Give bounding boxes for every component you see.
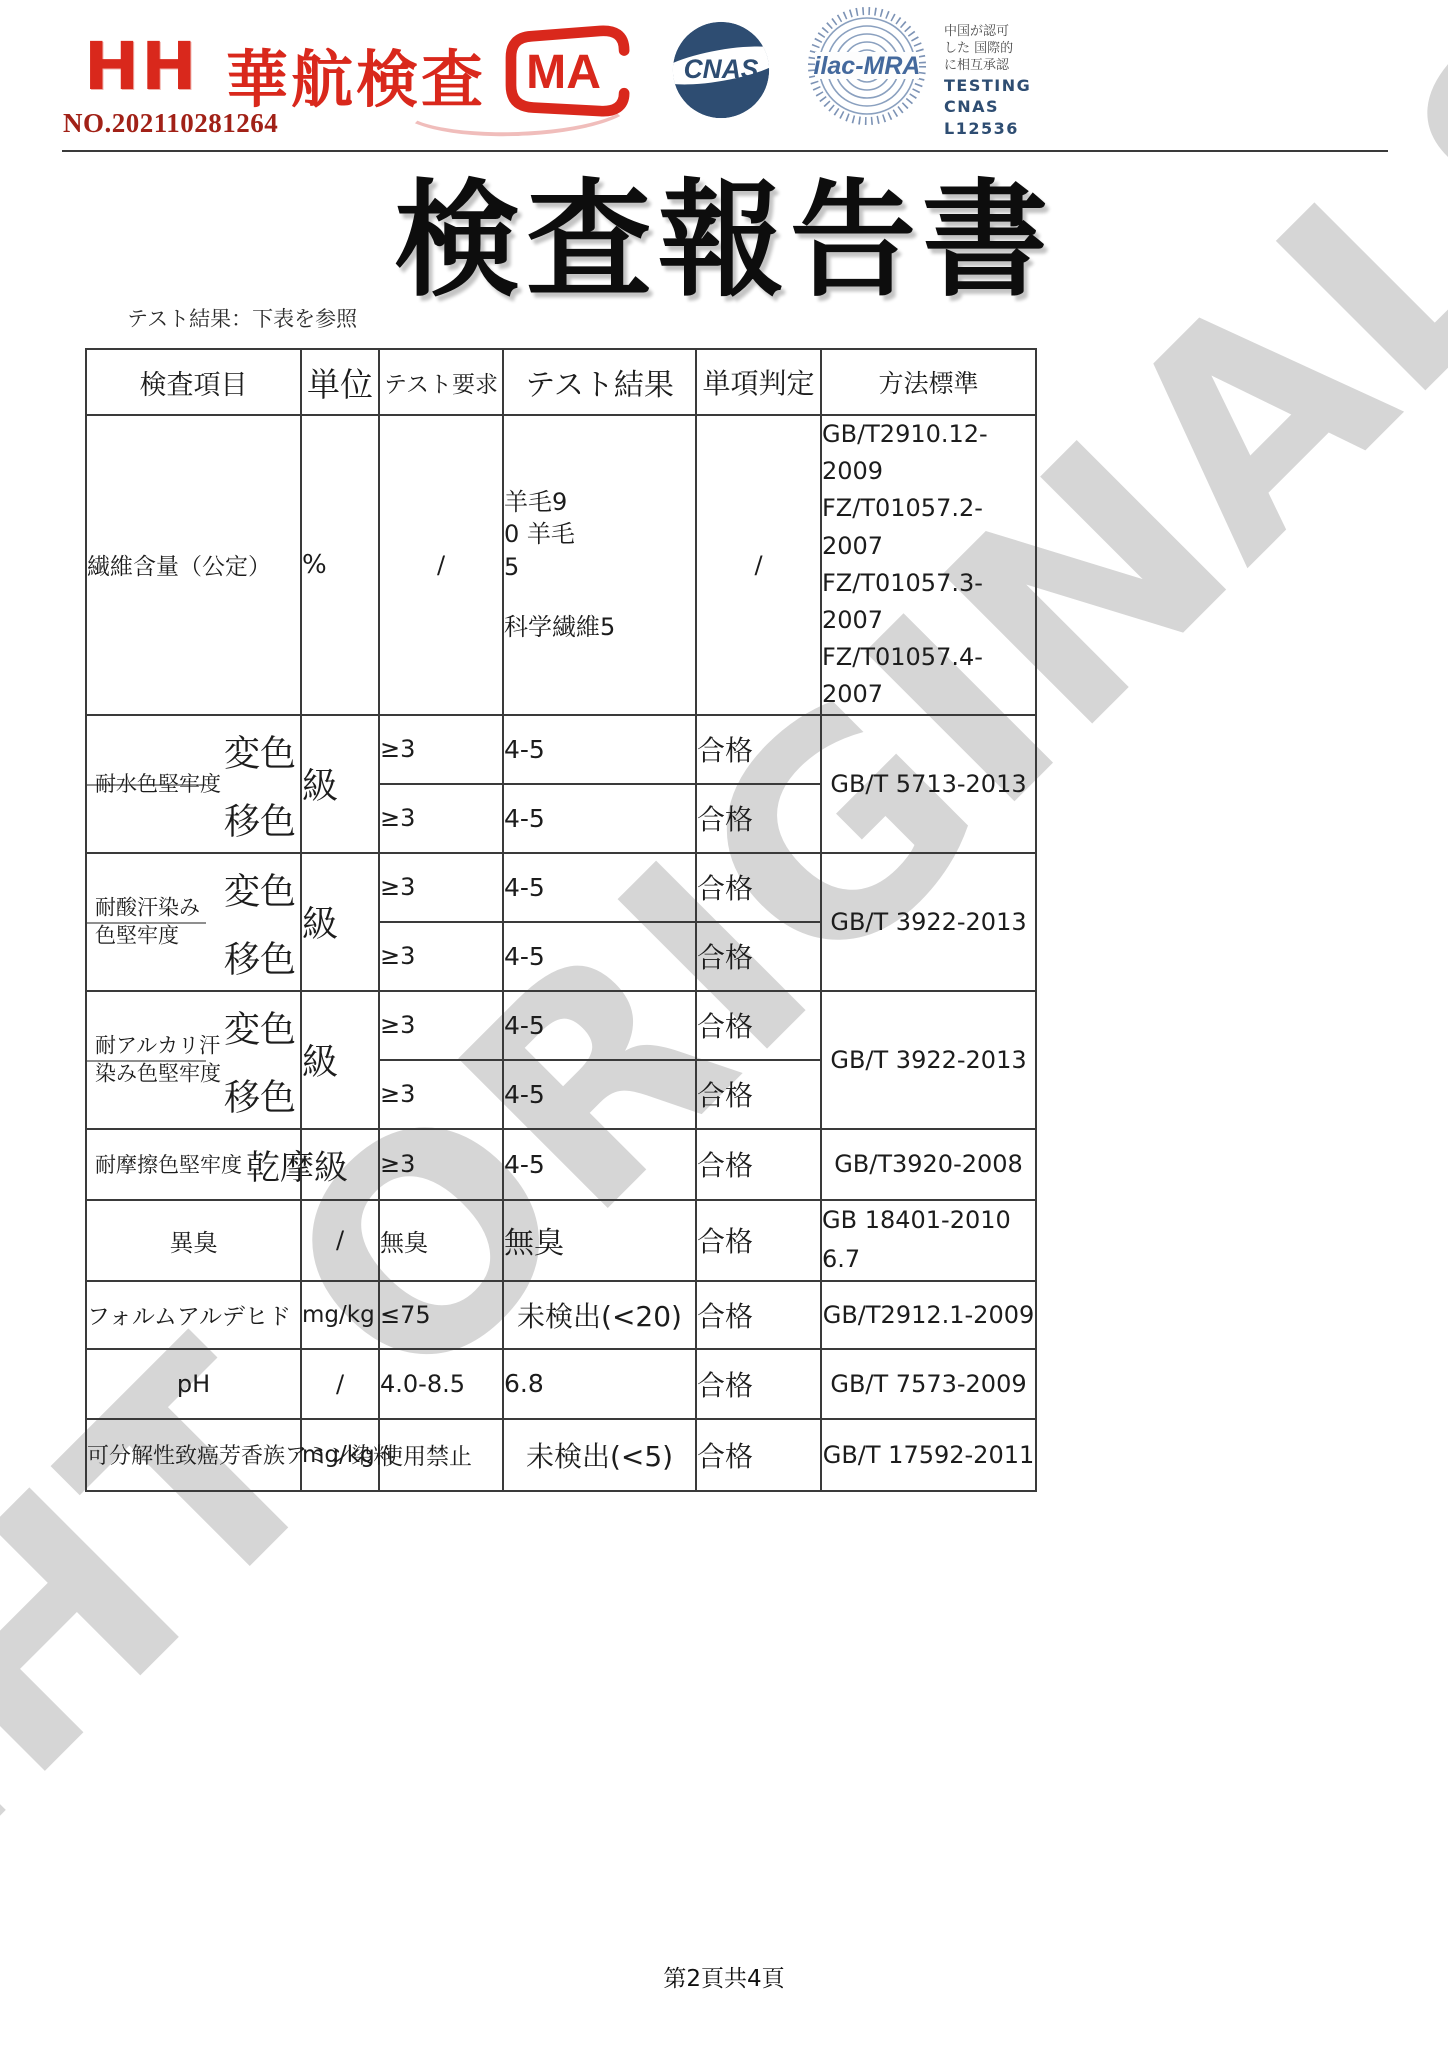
alkali-result-1: 4-5 — [503, 991, 696, 1060]
odor-unit: / — [301, 1200, 379, 1281]
rubbing-judgment: 合格 — [696, 1129, 821, 1200]
accreditation-cnas: CNAS — [944, 97, 1031, 118]
accreditation-cert-no: L12536 — [944, 119, 1031, 140]
fiber-result-line: 科学繊維5 — [504, 611, 695, 643]
cnas-logo-text: CNAS — [684, 54, 759, 84]
acid-sub-stain: 移色 — [224, 931, 296, 982]
accreditation-block: 中国が認可 した 国際的 に相互承認 TESTING CNAS L12536 — [944, 24, 1031, 140]
water-unit: 級 — [301, 715, 379, 853]
water-fastness-item: 耐水色堅牢度 変色 移色 — [86, 715, 301, 853]
alkali-judgment-2: 合格 — [696, 1060, 821, 1129]
acid-fastness-item: 耐酸汗染み 色堅牢度 変色 移色 — [86, 853, 301, 991]
ilac-mra-stamp-icon: ilac-MRA — [806, 6, 928, 126]
formaldehyde-req: ≤75 — [379, 1281, 503, 1349]
fiber-method-line: FZ/T01057.2-2007 — [822, 490, 1035, 564]
col-header-item: 検査項目 — [86, 349, 301, 415]
acid-judgment-1: 合格 — [696, 853, 821, 922]
page-number: 第2頁共4頁 — [0, 1960, 1448, 1993]
fiber-result: 羊毛9 0 羊毛 5 科学繊維5 — [503, 415, 696, 715]
report-page: HHT ORIGINALS HH 華航検査 MA CNAS — [0, 0, 1448, 2048]
acid-req-1: ≥3 — [379, 853, 503, 922]
row-rubbing-fastness: 耐摩擦色堅牢度 乾摩級 ≥3 4-5 合格 GB/T3920-2008 — [86, 1129, 1036, 1200]
acid-result-1: 4-5 — [503, 853, 696, 922]
row-alkali-fastness-change: 耐アルカリ汗 染み色堅牢度 変色 移色 級 ≥3 4-5 合格 GB/T 392… — [86, 991, 1036, 1060]
formaldehyde-item: フォルムアルデヒド — [86, 1281, 301, 1349]
amine-method: GB/T 17592-2011 — [821, 1419, 1036, 1491]
page-content: HH 華航検査 MA CNAS ilac-MRA — [0, 0, 1448, 2048]
alkali-fastness-name: 耐アルカリ汗 染み色堅牢度 — [95, 1031, 221, 1088]
fiber-method-line: GB/T2910.12-2009 — [822, 416, 1035, 490]
amine-req: 使用禁止 — [379, 1419, 503, 1491]
ph-judgment: 合格 — [696, 1349, 821, 1419]
fiber-method-line: FZ/T01057.3-2007 — [822, 565, 1035, 639]
header-divider — [62, 150, 1388, 152]
odor-result: 無臭 — [503, 1200, 696, 1281]
ilac-mra-text: ilac-MRA — [814, 52, 921, 80]
row-ph: pH / 4.0-8.5 6.8 合格 GB/T 7573-2009 — [86, 1349, 1036, 1419]
fiber-requirement: / — [379, 415, 503, 715]
water-req-2: ≥3 — [379, 784, 503, 853]
ph-item: pH — [86, 1349, 301, 1419]
formaldehyde-unit: mg/kg — [301, 1281, 379, 1349]
water-judgment-1: 合格 — [696, 715, 821, 784]
odor-item: 異臭 — [86, 1200, 301, 1281]
accreditation-line: した 国際的 — [944, 41, 1031, 58]
ph-req: 4.0-8.5 — [379, 1349, 503, 1419]
row-odor: 異臭 / 無臭 無臭 合格 GB 18401-2010 6.7 — [86, 1200, 1036, 1281]
alkali-fastness-item: 耐アルカリ汗 染み色堅牢度 変色 移色 — [86, 991, 301, 1129]
fiber-item: 繊維含量（公定） — [86, 415, 301, 715]
cnas-logo-icon: CNAS — [652, 20, 790, 120]
col-header-unit: 単位 — [301, 349, 379, 415]
formaldehyde-method: GB/T2912.1-2009 — [821, 1281, 1036, 1349]
fiber-result-line: 0 羊毛 — [504, 518, 695, 550]
acid-fastness-name: 耐酸汗染み 色堅牢度 — [95, 893, 200, 950]
fiber-method-line: FZ/T01057.4-2007 — [822, 639, 1035, 713]
formaldehyde-judgment: 合格 — [696, 1281, 821, 1349]
acid-judgment-2: 合格 — [696, 922, 821, 991]
fiber-unit: % — [301, 415, 379, 715]
amine-unit: mg/kg — [301, 1419, 379, 1491]
row-fiber-content: 繊維含量（公定） % / 羊毛9 0 羊毛 5 科学繊維5 / GB/T2910… — [86, 415, 1036, 715]
odor-method-line: 6.7 — [822, 1240, 1035, 1280]
row-formaldehyde: フォルムアルデヒド mg/kg ≤75 未検出(<20) 合格 GB/T2912… — [86, 1281, 1036, 1349]
ph-result: 6.8 — [503, 1349, 696, 1419]
acid-req-2: ≥3 — [379, 922, 503, 991]
ph-unit: / — [301, 1349, 379, 1419]
accreditation-testing: TESTING — [944, 76, 1031, 97]
water-sub-stain: 移色 — [224, 793, 296, 844]
amine-result: 未検出(<5) — [503, 1419, 696, 1491]
col-header-requirement: テスト要求 — [379, 349, 503, 415]
water-result-2: 4-5 — [503, 784, 696, 853]
rubbing-method: GB/T3920-2008 — [821, 1129, 1036, 1200]
fiber-result-line: 羊毛9 — [504, 486, 695, 518]
row-acid-fastness-change: 耐酸汗染み 色堅牢度 変色 移色 級 ≥3 4-5 合格 GB/T 3922-2… — [86, 853, 1036, 922]
acid-unit: 級 — [301, 853, 379, 991]
row-amine-dyes: 可分解性致癌芳香族アミン染料 mg/kg 使用禁止 未検出(<5) 合格 GB/… — [86, 1419, 1036, 1491]
water-judgment-2: 合格 — [696, 784, 821, 853]
col-header-result: テスト結果 — [503, 349, 696, 415]
accreditation-line: に相互承認 — [944, 58, 1031, 75]
rubbing-result: 4-5 — [503, 1129, 696, 1200]
acid-method: GB/T 3922-2013 — [821, 853, 1036, 991]
ph-method: GB/T 7573-2009 — [821, 1349, 1036, 1419]
alkali-method: GB/T 3922-2013 — [821, 991, 1036, 1129]
odor-judgment: 合格 — [696, 1200, 821, 1281]
water-sub-change: 変色 — [224, 725, 296, 776]
alkali-result-2: 4-5 — [503, 1060, 696, 1129]
amine-judgment: 合格 — [696, 1419, 821, 1491]
alkali-req-1: ≥3 — [379, 991, 503, 1060]
odor-req: 無臭 — [379, 1200, 503, 1281]
col-header-method: 方法標準 — [821, 349, 1036, 415]
results-note: テスト結果：下表を参照 — [127, 303, 357, 333]
acid-sub-change: 変色 — [224, 863, 296, 914]
fiber-methods: GB/T2910.12-2009 FZ/T01057.2-2007 FZ/T01… — [821, 415, 1036, 715]
alkali-sub-stain: 移色 — [224, 1069, 296, 1120]
water-method: GB/T 5713-2013 — [821, 715, 1036, 853]
water-req-1: ≥3 — [379, 715, 503, 784]
alkali-unit: 級 — [301, 991, 379, 1129]
company-logo-hh: HH — [84, 28, 198, 105]
alkali-req-2: ≥3 — [379, 1060, 503, 1129]
report-number: NO.202110281264 — [63, 108, 278, 139]
alkali-judgment-1: 合格 — [696, 991, 821, 1060]
rubbing-req: ≥3 — [379, 1129, 503, 1200]
rubbing-item: 耐摩擦色堅牢度 乾摩級 — [86, 1129, 301, 1200]
amine-item: 可分解性致癌芳香族アミン染料 — [86, 1419, 301, 1491]
formaldehyde-result: 未検出(<20) — [503, 1281, 696, 1349]
fiber-judgment: / — [696, 415, 821, 715]
odor-method: GB 18401-2010 6.7 — [821, 1200, 1036, 1281]
table-header-row: 検査項目 単位 テスト要求 テスト結果 単項判定 方法標準 — [86, 349, 1036, 415]
water-fastness-name: 耐水色堅牢度 — [95, 769, 221, 797]
alkali-sub-change: 変色 — [224, 1001, 296, 1052]
water-result-1: 4-5 — [503, 715, 696, 784]
accreditation-line: 中国が認可 — [944, 24, 1031, 41]
rubbing-grade: 乾摩級 — [246, 1140, 348, 1189]
col-header-judgment: 単項判定 — [696, 349, 821, 415]
odor-method-line: GB 18401-2010 — [822, 1201, 1035, 1241]
fiber-result-line: 5 — [504, 551, 695, 583]
page-title: 検査報告書 — [0, 178, 1448, 304]
inspection-table: 検査項目 単位 テスト要求 テスト結果 単項判定 方法標準 繊維含量（公定） %… — [85, 348, 1037, 1492]
acid-result-2: 4-5 — [503, 922, 696, 991]
rubbing-name: 耐摩擦色堅牢度 — [95, 1149, 242, 1179]
row-water-fastness-change: 耐水色堅牢度 変色 移色 級 ≥3 4-5 合格 GB/T 5713-2013 — [86, 715, 1036, 784]
